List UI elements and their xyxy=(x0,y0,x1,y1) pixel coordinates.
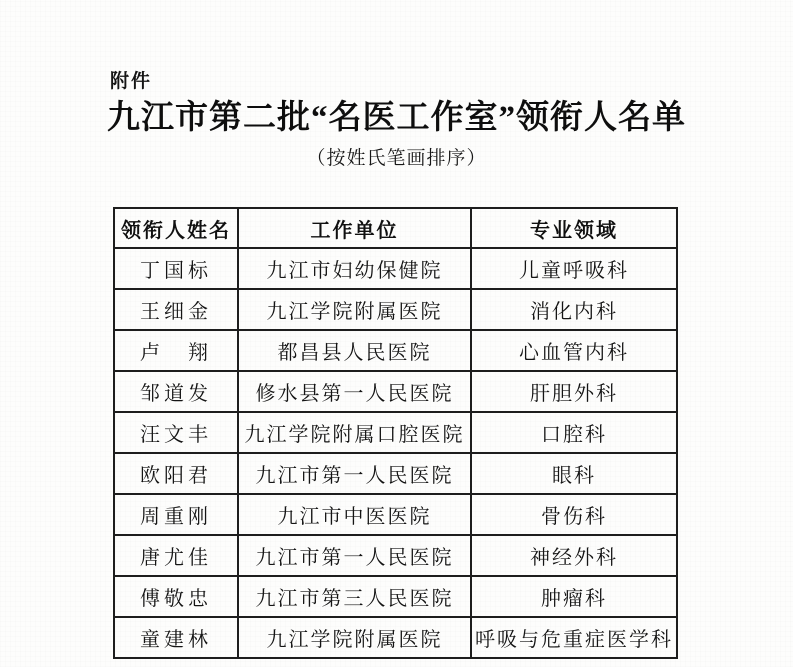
table-row: 邹道发修水县第一人民医院肝胆外科 xyxy=(114,371,677,412)
leader-name-cell: 邹道发 xyxy=(114,371,238,412)
header-leader-name: 领衔人姓名 xyxy=(114,208,238,248)
table-body: 丁国标九江市妇幼保健院儿童呼吸科王细金九江学院附属医院消化内科卢 翔都昌县人民医… xyxy=(114,248,677,658)
leader-name-cell: 傅敬忠 xyxy=(114,576,238,617)
leaders-table: 领衔人姓名 工作单位 专业领域 丁国标九江市妇幼保健院儿童呼吸科王细金九江学院附… xyxy=(113,207,678,659)
leader-name-cell: 周重刚 xyxy=(114,494,238,535)
table-row: 王细金九江学院附属医院消化内科 xyxy=(114,289,677,330)
table-row: 卢 翔都昌县人民医院心血管内科 xyxy=(114,330,677,371)
work-unit-cell: 九江学院附属医院 xyxy=(238,289,471,330)
specialty-cell: 神经外科 xyxy=(471,535,677,576)
table-row: 傅敬忠九江市第三人民医院肿瘤科 xyxy=(114,576,677,617)
work-unit-cell: 九江市第三人民医院 xyxy=(238,576,471,617)
work-unit-cell: 九江市第一人民医院 xyxy=(238,453,471,494)
work-unit-cell: 都昌县人民医院 xyxy=(238,330,471,371)
page-subtitle: （按姓氏笔画排序） xyxy=(0,148,793,170)
specialty-cell: 眼科 xyxy=(471,453,677,494)
table-row: 童建林九江学院附属医院呼吸与危重症医学科 xyxy=(114,617,677,658)
specialty-cell: 呼吸与危重症医学科 xyxy=(471,617,677,658)
specialty-cell: 儿童呼吸科 xyxy=(471,248,677,289)
specialty-cell: 骨伤科 xyxy=(471,494,677,535)
leader-name-cell: 汪文丰 xyxy=(114,412,238,453)
attachment-label: 附件 xyxy=(110,66,152,93)
work-unit-cell: 九江市第一人民医院 xyxy=(238,535,471,576)
specialty-cell: 心血管内科 xyxy=(471,330,677,371)
table-header-row: 领衔人姓名 工作单位 专业领域 xyxy=(114,208,677,248)
table-row: 唐尤佳九江市第一人民医院神经外科 xyxy=(114,535,677,576)
table-row: 汪文丰九江学院附属口腔医院口腔科 xyxy=(114,412,677,453)
leader-name-cell: 丁国标 xyxy=(114,248,238,289)
specialty-cell: 肝胆外科 xyxy=(471,371,677,412)
leader-name-cell: 王细金 xyxy=(114,289,238,330)
work-unit-cell: 修水县第一人民医院 xyxy=(238,371,471,412)
specialty-cell: 消化内科 xyxy=(471,289,677,330)
leader-name-cell: 童建林 xyxy=(114,617,238,658)
table-row: 丁国标九江市妇幼保健院儿童呼吸科 xyxy=(114,248,677,289)
work-unit-cell: 九江市中医医院 xyxy=(238,494,471,535)
table-row: 周重刚九江市中医医院骨伤科 xyxy=(114,494,677,535)
header-work-unit: 工作单位 xyxy=(238,208,471,248)
leader-name-cell: 欧阳君 xyxy=(114,453,238,494)
work-unit-cell: 九江学院附属医院 xyxy=(238,617,471,658)
specialty-cell: 肿瘤科 xyxy=(471,576,677,617)
header-specialty: 专业领域 xyxy=(471,208,677,248)
specialty-cell: 口腔科 xyxy=(471,412,677,453)
page-title: 九江市第二批“名医工作室”领衔人名单 xyxy=(0,100,793,137)
leader-name-cell: 卢 翔 xyxy=(114,330,238,371)
work-unit-cell: 九江学院附属口腔医院 xyxy=(238,412,471,453)
work-unit-cell: 九江市妇幼保健院 xyxy=(238,248,471,289)
table-row: 欧阳君九江市第一人民医院眼科 xyxy=(114,453,677,494)
leader-name-cell: 唐尤佳 xyxy=(114,535,238,576)
